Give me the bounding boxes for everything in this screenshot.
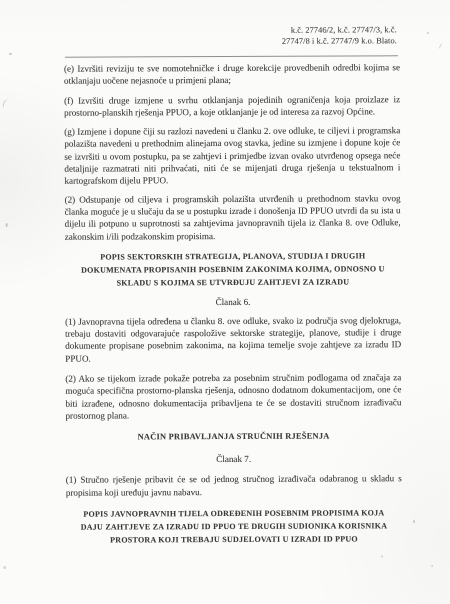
- heading-line: SKLADU S KOJIMA SE UTVRĐUJU ZAHTJEVI ZA …: [65, 275, 401, 289]
- heading-popis-javnopravnih: POPIS JAVNOPRAVNIH TIJELA ODREĐENIH POSE…: [66, 506, 402, 546]
- paragraph-item-e: (e) Izvršiti reviziju te sve nomotehničk…: [64, 61, 400, 87]
- header-rule: [65, 55, 398, 57]
- paragraph-item-f: (f) Izvršiti druge izmjene u svrhu otkla…: [64, 93, 400, 119]
- paragraph-item-g: (g) Izmjene i dopune čiji su razlozi nav…: [64, 124, 400, 187]
- heading-nacin-pribavljanja: NAČIN PRIBAVLJANJA STRUČNIH RJEŠENJA: [66, 429, 402, 443]
- heading-line: DAJU ZAHTJEVE ZA IZRADU ID PPUO TE DRUGI…: [66, 519, 402, 533]
- article-label-clanak-7: Članak 7.: [66, 452, 402, 465]
- paragraph-clanak7-1: (1) Stručno rješenje pribavit će se od j…: [66, 472, 402, 498]
- scan-speck: [438, 43, 442, 49]
- heading-line: POPIS JAVNOPRAVNIH TIJELA ODREĐENIH POSE…: [66, 506, 402, 520]
- page-content: k.č. 27746/2, k.č. 27747/3, k.č. 27747/8…: [0, 0, 450, 604]
- scanned-document-page: k.č. 27746/2, k.č. 27747/3, k.č. 27747/8…: [0, 0, 450, 604]
- cadastral-note-line1: k.č. 27746/2, k.č. 27747/3, k.č.: [282, 24, 397, 36]
- scan-smudge: [2, 98, 12, 110]
- heading-line: PROSTORA KOJI TREBAJU SUDJELOVATI U IZRA…: [66, 532, 402, 546]
- paragraph-stav-2: (2) Odstupanje od ciljeva i programskih …: [65, 192, 401, 243]
- scan-speck: [413, 520, 415, 523]
- cadastral-parcels-note: k.č. 27746/2, k.č. 27747/3, k.č. 27747/8…: [282, 24, 397, 47]
- heading-line: POPIS SEKTORSKIH STRATEGIJA, PLANOVA, ST…: [65, 249, 401, 263]
- scan-speck: [6, 223, 8, 227]
- cadastral-note-line2: 27747/8 i k.č. 27747/9 k.o. Blato.: [282, 35, 397, 47]
- paragraph-clanak6-1: (1) Javnopravna tijela određena u članku…: [65, 314, 401, 365]
- scan-speck: [381, 555, 383, 557]
- scan-speck: [431, 565, 433, 567]
- scan-speck: [9, 53, 12, 55]
- document-body: (e) Izvršiti reviziju te sve nomotehničk…: [64, 61, 402, 546]
- heading-line: DOKUMENATA PROPISANIH POSEBNIM ZAKONIMA …: [65, 262, 401, 276]
- scan-speck: [3, 566, 6, 569]
- paragraph-clanak6-2: (2) Ako se tijekom izrade pokaže potreba…: [65, 371, 401, 422]
- scan-speck: [427, 32, 429, 34]
- article-label-clanak-6: Članak 6.: [65, 295, 401, 308]
- heading-popis-sektorskih: POPIS SEKTORSKIH STRATEGIJA, PLANOVA, ST…: [65, 249, 401, 289]
